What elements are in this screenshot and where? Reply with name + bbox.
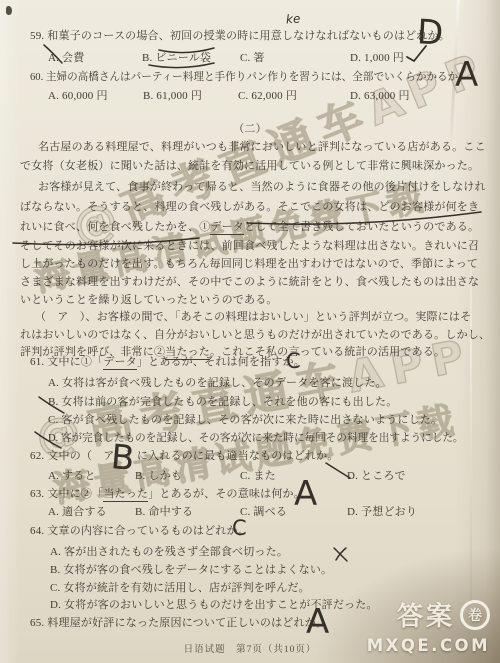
q62-option-b: B. しかも [135,469,182,484]
q63-stem-pre: 63. 文中に②「 [30,488,103,500]
handwritten-grade-q61: C [286,351,301,372]
q59-option-b: B. ビニール袋 [142,51,211,66]
passage-text: として全て書き残しておいたというのである。 [244,221,479,233]
q59-stem: 59. 和菓子のコースの場合、初回の授業の時に用意しなけなればないものはどれか。 [30,29,450,44]
passage-line: れいに食べ、何を食べ残したかを、①データとして全て書き残しておいたというのである… [20,220,479,235]
passage-line: （ ア ）、お客様の間で、「あそこの料理はおいしい」という評判が立つ。実際にはそ [35,310,471,325]
passage-line: そしてそのお客様が次に来るときには、前回食べ残したような料理は出さない。きれいに… [20,239,479,254]
passage-text: れいに食べ、何を食べ残したかを、① [20,221,210,233]
scanned-exam-page: @高考直通车APP 海量高清试题免费下载 @高考直通车APP 海量高清试题免费下… [0,0,500,663]
q60-option-a: A. 60,000 円 [48,89,108,104]
passage-line: し上がったものだけを出す。もちろん毎回同じ料理を出すわけではないので、季節によっ… [20,257,478,272]
passage-line: お客様が見えて、食事が終わって帰ると、当然のように食器その他の後片付けをしなけれ [38,180,486,195]
q64-stem: 64. 文章の内容に合っているものはどれか。 [30,524,249,539]
logo-title-row: 答案 卷 [367,596,490,633]
scan-speck [6,6,12,15]
q63-option-c: C. 調べる [240,505,287,520]
logo-title: 答案 [397,596,455,633]
q62-option-c: C. また [240,469,276,484]
passage-line: 名古屋のある料理屋で、料理がいつも非常においしいと評判になっている店がある。ここ [38,140,486,155]
q60-stem: 60. 主婦の高橋さんはパーティー料理と手作りパン作りを習うには、全部でいくらか… [30,70,469,85]
q61-stem-pre: 61. 文中に①「 [30,356,103,368]
answer-site-logo: 答案 卷 MXQE.COM [367,596,490,655]
q59-option-a: A. 会費 [48,51,84,66]
q63-option-a: A. 適合する [48,505,107,520]
q65-stem: 65. 料理屋が好評になった原因について正しいのはどれか。 [30,616,327,631]
q61-option-c: C. 客が食べ残したものを記録し、その客が次に来た時に出さないようにした。 [48,413,442,428]
passage-line: さまざまな料理を出すわけだが、その中でこのように統計をとり、食べ残したものは出さ… [20,275,479,290]
q62-option-d: D. ところで [347,469,406,484]
q63-option-d: D. 予想どおり [347,505,417,520]
handwritten-grade-q64: C [232,518,247,539]
handwritten-grade-q63: A [294,477,317,511]
q62-stem: 62. 文中の（ ア ）に入れるのに最も適当なものはどれか。 [30,449,339,464]
q63-underlined-term: 当たった [103,488,148,502]
q61-option-b: B. 女将は前の客が完食したものを記録し、それを他の客にも出した。 [48,395,397,410]
q60-option-b: B. 61,000 円 [143,89,202,104]
handwritten-insertion-ke: ke [286,13,301,26]
q60-option-d: D. 63,000 円 [350,89,410,104]
passage-header: （二） [0,122,500,137]
handwritten-grade-q59: D [416,15,444,50]
q60-option-c: C. 62,000 円 [238,89,297,104]
cross-q64-option-a [336,548,346,560]
passage-line: で女将（女老板）に聞いた話は、統計を有効に活用している例として非常に興味深かった… [20,159,479,174]
q63-stem: 63. 文中に②「当たった」とあるが、その意味は何か。 [30,487,305,502]
q61-option-a: A. 女将は客が食べ残したものを記録し、そのデータを客に渡した。 [48,376,387,391]
q59-option-d: D. 1,000 円 [350,51,404,66]
q61-option-d: D. 客が完食したものを記録し、その客が次に来た時に毎回その料理を出すようにした… [48,431,464,446]
handwritten-grade-q60: A [455,58,478,92]
q61-underlined-term: データ [103,356,137,370]
q61-stem-post: 」とあるが、それは何を指すか。 [137,356,305,368]
q64-option-a: A. 客が出されたものを残さず全部食べ切った。 [50,545,288,560]
q63-option-b: B. 命中する [135,505,193,520]
q61-stem: 61. 文中に①「データ」とあるが、それは何を指すか。 [30,355,305,370]
q63-stem-post: 」とあるが、その意味は何か。 [148,488,305,500]
underlined-term-data: データ [210,221,244,235]
q64-option-b: B. 女将が客の食べ残しをデータにすることはよくない。 [50,563,332,578]
q59-option-c: C. 箸 [240,51,265,66]
passage-line: いということを繰り返していったというのである。 [20,293,278,308]
q64-option-c: C. 女将が統計を有効に活用し、店が評判を呼んだ。 [50,581,310,596]
passage-line: ばならない。そうすると、料理の食べ残しがある。そこでこの女将は、どのお客様が何を… [20,200,479,215]
handwritten-grade-q62: B [110,440,136,476]
logo-circle-badge: 卷 [460,600,490,630]
logo-domain: MXQE.COM [367,636,490,655]
passage-line: れはおいしいのではなく、自分がおいしいと思うものだけが出されていたのである。しか… [20,328,490,343]
handwritten-grade-q65: A [306,605,329,639]
q62-option-a: A. すると [48,469,96,484]
cross-q64-option-a [334,548,347,561]
